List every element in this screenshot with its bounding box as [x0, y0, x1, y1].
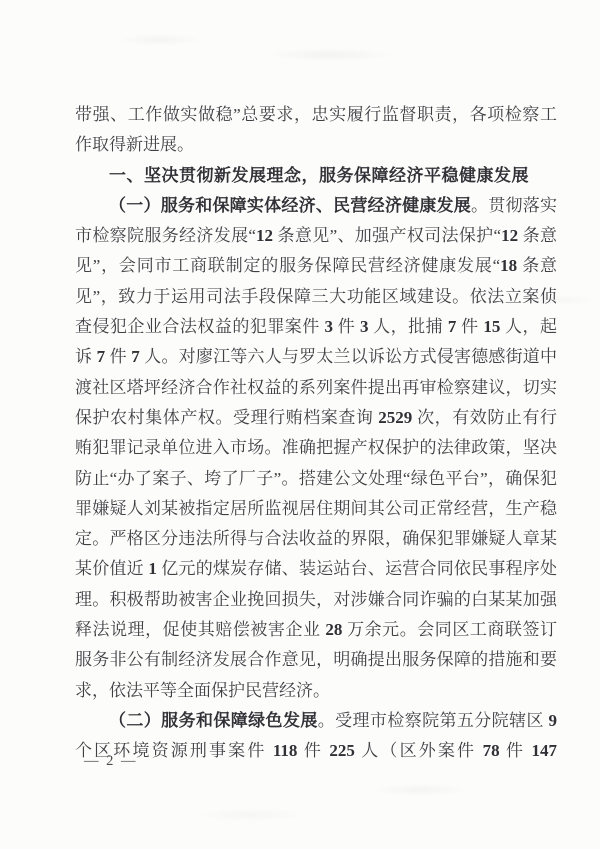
text-run: 理。积极帮助被害企业挽回损失，对涉嫌合同诈骗的白某某加强 — [75, 590, 557, 609]
text-line: 渡社区塔坪经济合作社权益的系列案件提出再审检察建议，切实 — [75, 373, 557, 403]
text-run: 贿犯罪记录单位进入市场。准确把握产权保护的法律政策，坚决 — [75, 438, 557, 457]
emphasized-text: 1 — [148, 559, 157, 578]
text-run: 渡社区塔坪经济合作社权益的系列案件提出再审检察建议，切实 — [75, 378, 557, 397]
emphasized-text: 118 — [273, 741, 298, 760]
text-line: 见”，致力于运用司法手段保障三大功能区域建设。依法立案侦 — [75, 282, 557, 312]
emphasized-text: （一）服务和保障实体经济、民营经济健康发展 — [109, 196, 471, 215]
page-number: — 2 — — [84, 751, 138, 771]
text-run: 万余元。会同区工商联签订 — [342, 620, 557, 639]
emphasized-text: 12 — [501, 226, 518, 245]
text-run: 条意 — [518, 226, 557, 245]
text-run: 条意见”、加强产权司法保护“ — [273, 226, 501, 245]
emphasized-text: 9 — [549, 711, 558, 730]
text-run: 。贯彻落实 — [471, 196, 557, 215]
document-page: 带强、工作做实做稳”总要求，忠实履行监督职责，各项检察工作取得新进展。一、坚决贯… — [0, 0, 600, 849]
emphasized-text: 7 — [131, 347, 140, 366]
text-run: 人（区外案件 — [355, 741, 483, 760]
emphasized-text: 225 — [329, 741, 355, 760]
emphasized-text: 147 — [532, 741, 558, 760]
emphasized-text: 一、坚决贯彻新发展理念，服务保障经济平稳健康发展 — [109, 166, 529, 185]
text-run: 查侵犯企业合法权益的犯罪案件 — [75, 317, 325, 336]
text-run: 件 — [105, 347, 131, 366]
emphasized-text: 12 — [256, 226, 273, 245]
text-line: （一）服务和保障实体经济、民营经济健康发展。贯彻落实 — [75, 191, 557, 221]
text-line: 贿犯罪记录单位进入市场。准确把握产权保护的法律政策，坚决 — [75, 433, 557, 463]
text-run: 见”，致力于运用司法手段保障三大功能区域建设。依法立案侦 — [75, 287, 557, 306]
text-run: 市检察院服务经济发展“ — [75, 226, 256, 245]
text-run: 件 — [456, 317, 483, 336]
text-run: 人，批捕 — [368, 317, 447, 336]
text-line: 服务非公有制经济发展合作意见，明确提出服务保障的措施和要 — [75, 645, 557, 675]
text-line: 诉 7 件 7 人。对廖江等六人与罗太兰以诉讼方式侵害德感街道中 — [75, 342, 557, 372]
text-line: 某价值近 1 亿元的煤炭存储、装运站台、运营合同依民事程序处 — [75, 554, 557, 584]
emphasized-text: 15 — [483, 317, 500, 336]
emphasized-text: 2529 — [378, 408, 412, 427]
text-line: 带强、工作做实做稳”总要求，忠实履行监督职责，各项检察工 — [75, 100, 557, 130]
text-run: 条意 — [517, 256, 557, 275]
text-line: 查侵犯企业合法权益的犯罪案件 3 件 3 人，批捕 7 件 15 人，起 — [75, 312, 557, 342]
text-run: 保护农村集体产权。受理行贿档案查询 — [75, 408, 378, 427]
text-run: 见”，会同市工商联制定的服务保障民营经济健康发展“ — [75, 256, 500, 275]
text-run: 件 — [500, 741, 532, 760]
text-line: 定。严格区分违法所得与合法收益的界限，确保犯罪嫌疑人章某 — [75, 524, 557, 554]
text-run: 服务非公有制经济发展合作意见，明确提出服务保障的措施和要 — [75, 650, 557, 669]
text-line: 个区环境资源刑事案件 118 件 225 人（区外案件 78 件 147 — [75, 736, 557, 766]
emphasized-text: 18 — [500, 256, 517, 275]
text-run: 件 — [333, 317, 360, 336]
text-line: 见”，会同市工商联制定的服务保障民营经济健康发展“18 条意 — [75, 251, 557, 281]
text-run: 罪嫌疑人刘某被指定居所监视居住期间其公司正常经营，生产稳 — [75, 499, 557, 518]
text-line: （二）服务和保障绿色发展。受理市检察院第五分院辖区 9 — [75, 706, 557, 736]
section-heading: 一、坚决贯彻新发展理念，服务保障经济平稳健康发展 — [75, 161, 557, 191]
emphasized-text: 3 — [325, 317, 334, 336]
text-line: 保护农村集体产权。受理行贿档案查询 2529 次，有效防止有行 — [75, 403, 557, 433]
emphasized-text: 78 — [483, 741, 500, 760]
text-run: 。受理市检察院第五分院辖区 — [318, 711, 549, 730]
text-run: 诉 — [75, 347, 97, 366]
text-run: 求，依法平等全面保护民营经济。 — [75, 681, 330, 700]
text-run: 次，有效防止有行 — [412, 408, 557, 427]
text-run: 释法说理，促使其赔偿被害企业 — [75, 620, 325, 639]
text-run: 防止“办了案子、垮了厂子”。搭建公文处理“绿色平台”，确保犯 — [75, 469, 557, 488]
text-run: 某价值近 — [75, 559, 148, 578]
text-run: 人，起 — [500, 317, 557, 336]
text-block: 带强、工作做实做稳”总要求，忠实履行监督职责，各项检察工作取得新进展。一、坚决贯… — [75, 100, 557, 767]
emphasized-text: 7 — [97, 347, 106, 366]
text-line: 罪嫌疑人刘某被指定居所监视居住期间其公司正常经营，生产稳 — [75, 494, 557, 524]
text-run: 作取得新进展。 — [75, 135, 194, 154]
text-run: 件 — [297, 741, 329, 760]
text-run: 带强、工作做实做稳”总要求，忠实履行监督职责，各项检察工 — [75, 105, 557, 124]
text-line: 求，依法平等全面保护民营经济。 — [75, 676, 557, 706]
text-run: 亿元的煤炭存储、装运站台、运营合同依民事程序处 — [157, 559, 557, 578]
text-line: 防止“办了案子、垮了厂子”。搭建公文处理“绿色平台”，确保犯 — [75, 464, 557, 494]
text-line: 市检察院服务经济发展“12 条意见”、加强产权司法保护“12 条意 — [75, 221, 557, 251]
text-line: 释法说理，促使其赔偿被害企业 28 万余元。会同区工商联签订 — [75, 615, 557, 645]
text-run: 人。对廖江等六人与罗太兰以诉讼方式侵害德感街道中 — [140, 347, 557, 366]
emphasized-text: （二）服务和保障绿色发展 — [109, 711, 318, 730]
emphasized-text: 28 — [325, 620, 342, 639]
text-line: 理。积极帮助被害企业挽回损失，对涉嫌合同诈骗的白某某加强 — [75, 585, 557, 615]
text-run: 定。严格区分违法所得与合法收益的界限，确保犯罪嫌疑人章某 — [75, 529, 557, 548]
text-line: 作取得新进展。 — [75, 130, 557, 160]
